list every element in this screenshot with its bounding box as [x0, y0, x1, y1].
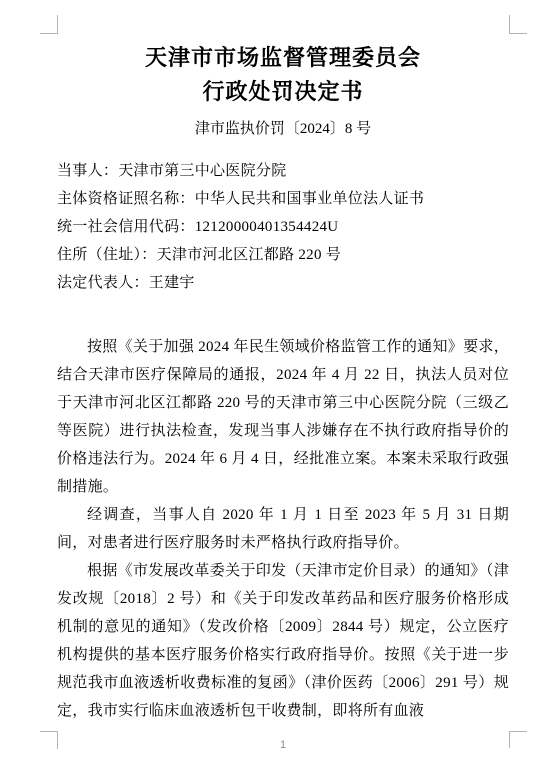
document-page: 天津市市场监督管理委员会 行政处罚决定书 津市监执价罚〔2024〕8 号 当事人… [0, 0, 549, 784]
party-info-block: 当事人：天津市第三中心医院分院 主体资格证照名称：中华人民共和国事业单位法人证书… [57, 157, 509, 297]
legal-representative-line: 法定代表人：王建宇 [57, 269, 509, 297]
body-paragraphs: 按照《关于加强 2024 年民生领域价格监管工作的通知》要求，结合天津市医疗保障… [57, 333, 509, 725]
document-title: 天津市市场监督管理委员会 行政处罚决定书 [57, 41, 509, 109]
address-line: 住所（住址）：天津市河北区江都路 220 号 [57, 241, 509, 269]
crop-mark-top-left [40, 15, 58, 34]
title-line-1: 天津市市场监督管理委员会 [57, 41, 509, 75]
document-content: 天津市市场监督管理委员会 行政处罚决定书 津市监执价罚〔2024〕8 号 当事人… [57, 33, 509, 725]
crop-mark-bottom-left [40, 731, 58, 749]
crop-mark-bottom-right [509, 731, 527, 748]
credit-code-line: 统一社会信用代码：12120000401354424U [57, 213, 509, 241]
document-number: 津市监执价罚〔2024〕8 号 [57, 118, 509, 140]
paragraph-investigation: 经调查，当事人自 2020 年 1 月 1 日至 2023 年 5 月 31 日… [57, 501, 509, 557]
paragraph-regulations: 根据《市发展改革委关于印发（天津市定价目录）的通知》（津发改规〔2018〕2 号… [57, 557, 509, 725]
party-name-line: 当事人：天津市第三中心医院分院 [57, 157, 509, 185]
license-name-line: 主体资格证照名称：中华人民共和国事业单位法人证书 [57, 185, 509, 213]
title-line-2: 行政处罚决定书 [57, 75, 509, 109]
paragraph-inspection: 按照《关于加强 2024 年民生领域价格监管工作的通知》要求，结合天津市医疗保障… [57, 333, 509, 501]
page-number: 1 [57, 739, 509, 751]
crop-mark-top-right [509, 15, 527, 34]
